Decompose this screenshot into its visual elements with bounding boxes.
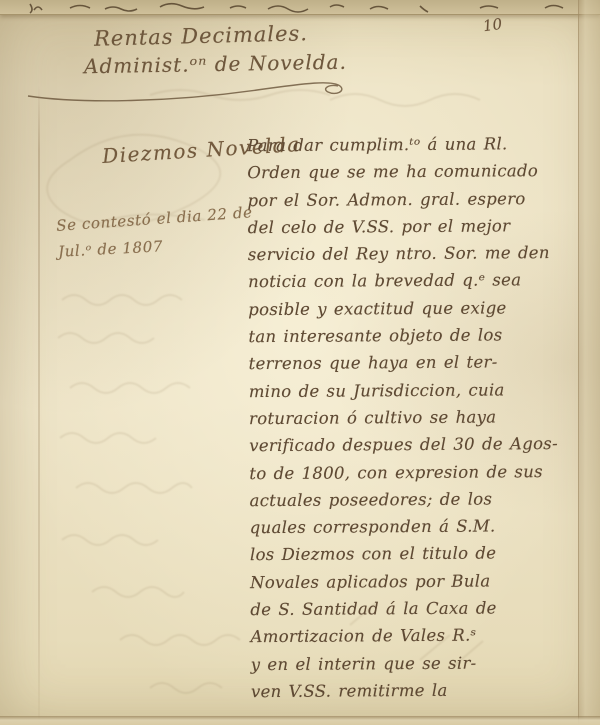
manuscript-line: Para dar cumplim.ᵗᵒ á una Rl. bbox=[247, 130, 582, 160]
bottom-page-edge bbox=[0, 716, 600, 725]
manuscript-line: tan interesante objeto de los bbox=[248, 321, 583, 351]
manuscript-line: mino de su Jurisdiccion, cuia bbox=[249, 376, 584, 406]
manuscript-line: actuales poseedores; de los bbox=[249, 485, 584, 515]
manuscript-line: por el Sor. Admon. gral. espero bbox=[247, 184, 582, 214]
manuscript-line: terrenos que haya en el ter- bbox=[249, 348, 584, 378]
manuscript-line: de S. Santidad á la Caxa de bbox=[250, 594, 585, 624]
margin-reply-note-line1: Se contestó el dia 22 de bbox=[56, 203, 254, 235]
manuscript-line: verificado despues del 30 de Agos- bbox=[249, 430, 584, 460]
manuscript-line: posible y exactitud que exige bbox=[248, 294, 583, 324]
underline-flourish bbox=[22, 74, 362, 108]
manuscript-line: noticia con la brevedad q.ᵉ sea bbox=[248, 266, 583, 296]
document-title: Rentas Decimales. bbox=[94, 21, 309, 51]
top-edge-writing-fragments bbox=[0, 0, 600, 14]
fold-crease bbox=[38, 86, 40, 725]
folio-number: 10 bbox=[482, 15, 503, 35]
manuscript-line: ven V.SS. remitirme la bbox=[251, 676, 586, 706]
manuscript-line: y en el interin que se sir- bbox=[251, 648, 586, 678]
top-page-edge bbox=[0, 0, 600, 15]
manuscript-line: Novales aplicados por Bula bbox=[250, 567, 585, 597]
margin-reply-note-line2: Jul.ᵒ de 1807 bbox=[58, 237, 164, 260]
manuscript-line: quales corresponden á S.M. bbox=[250, 512, 585, 542]
manuscript-line: to de 1800, con expresion de sus bbox=[249, 457, 584, 487]
manuscript-page: 10 Rentas Decimales. Administ.ᵒⁿ de Nove… bbox=[0, 0, 600, 725]
manuscript-line: Amortizacion de Vales R.ˢ bbox=[250, 621, 585, 651]
letter-body: Para dar cumplim.ᵗᵒ á una Rl.Orden que s… bbox=[247, 130, 586, 706]
manuscript-line: servicio del Rey ntro. Sor. me den bbox=[248, 239, 583, 269]
manuscript-line: roturacion ó cultivo se haya bbox=[249, 403, 584, 433]
manuscript-line: Orden que se me ha comunicado bbox=[247, 157, 582, 187]
manuscript-line: los Diezmos con el titulo de bbox=[250, 539, 585, 569]
manuscript-line: del celo de V.SS. por el mejor bbox=[248, 212, 583, 242]
